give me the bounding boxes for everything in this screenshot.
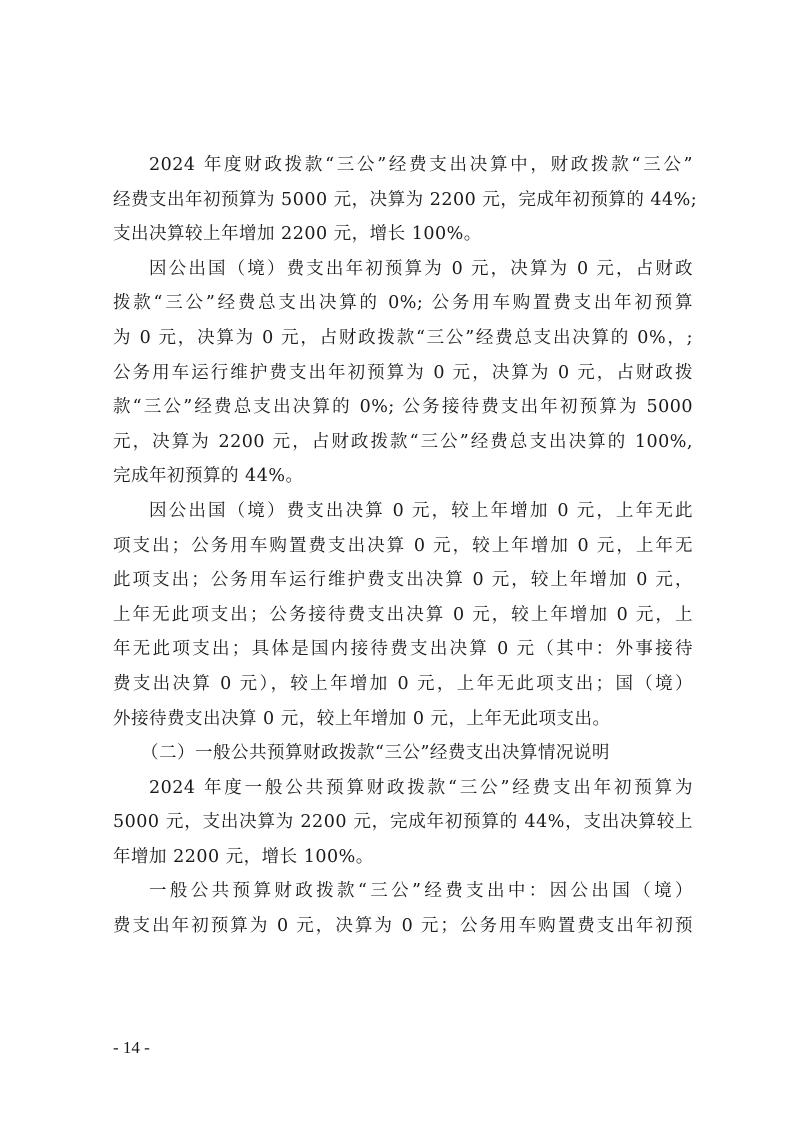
text-line: 费支出决算 0 元），较上年增加 0 元，上年无此项支出；国（境） [113,667,693,702]
text-line: 拨款“三公”经费总支出决算的 0%; 公务用车购置费支出年初预算 [113,286,693,321]
paragraph-year-over-year: 因公出国（境）费支出决算 0 元，较上年增加 0 元，上年无此 项支出；公务用车… [113,494,693,736]
text-line: 此项支出；公务用车运行维护费支出决算 0 元，较上年增加 0 元， [113,563,693,598]
heading-line: （二）一般公共预算财政拨款“三公”经费支出决算情况说明 [113,736,693,771]
text-line: 完成年初预算的 44%。 [113,459,693,494]
paragraph-general-budget-breakdown: 一般公共预算财政拨款“三公”经费支出中：因公出国（境） 费支出年初预算为 0 元… [113,874,693,943]
text-line: 公务用车运行维护费支出年初预算为 0 元，决算为 0 元，占财政拨 [113,356,693,391]
paragraph-sangong-total: 2024 年度财政拨款“三公”经费支出决算中，财政拨款“三公” 经费支出年初预算… [113,148,693,252]
body-text: 2024 年度财政拨款“三公”经费支出决算中，财政拨款“三公” 经费支出年初预算… [113,148,693,944]
text-line: 因公出国（境）费支出决算 0 元，较上年增加 0 元，上年无此 [113,494,693,529]
text-line: 5000 元，支出决算为 2200 元，完成年初预算的 44%，支出决算较上 [113,805,693,840]
text-line: 一般公共预算财政拨款“三公”经费支出中：因公出国（境） [113,874,693,909]
text-line: 年增加 2200 元，增长 100%。 [113,840,693,875]
text-line: 项支出；公务用车购置费支出决算 0 元，较上年增加 0 元，上年无 [113,529,693,564]
section-heading: （二）一般公共预算财政拨款“三公”经费支出决算情况说明 [113,736,693,771]
document-page: 2024 年度财政拨款“三公”经费支出决算中，财政拨款“三公” 经费支出年初预算… [0,0,793,1122]
text-line: 上年无此项支出；公务接待费支出决算 0 元，较上年增加 0 元，上 [113,598,693,633]
paragraph-sangong-breakdown: 因公出国（境）费支出年初预算为 0 元，决算为 0 元，占财政 拨款“三公”经费… [113,252,693,494]
text-line: 费支出年初预算为 0 元，决算为 0 元；公务用车购置费支出年初预 [113,909,693,944]
page-number: - 14 - [113,1038,150,1058]
text-line: 为 0 元，决算为 0 元，占财政拨款“三公”经费总支出决算的 0%，; [113,321,693,356]
text-line: 因公出国（境）费支出年初预算为 0 元，决算为 0 元，占财政 [113,252,693,287]
text-line: 款“三公”经费总支出决算的 0%; 公务接待费支出年初预算为 5000 [113,390,693,425]
text-line: 支出决算较上年增加 2200 元，增长 100%。 [113,217,693,252]
text-line: 年无此项支出；具体是国内接待费支出决算 0 元（其中：外事接待 [113,632,693,667]
text-line: 经费支出年初预算为 5000 元，决算为 2200 元，完成年初预算的 44%; [113,183,693,218]
text-line: 元，决算为 2200 元，占财政拨款“三公”经费总支出决算的 100%, [113,425,693,460]
text-line: 2024 年度一般公共预算财政拨款“三公”经费支出年初预算为 [113,771,693,806]
text-line: 外接待费支出决算 0 元，较上年增加 0 元，上年无此项支出。 [113,702,693,737]
paragraph-general-budget-total: 2024 年度一般公共预算财政拨款“三公”经费支出年初预算为 5000 元，支出… [113,771,693,875]
text-line: 2024 年度财政拨款“三公”经费支出决算中，财政拨款“三公” [113,148,693,183]
